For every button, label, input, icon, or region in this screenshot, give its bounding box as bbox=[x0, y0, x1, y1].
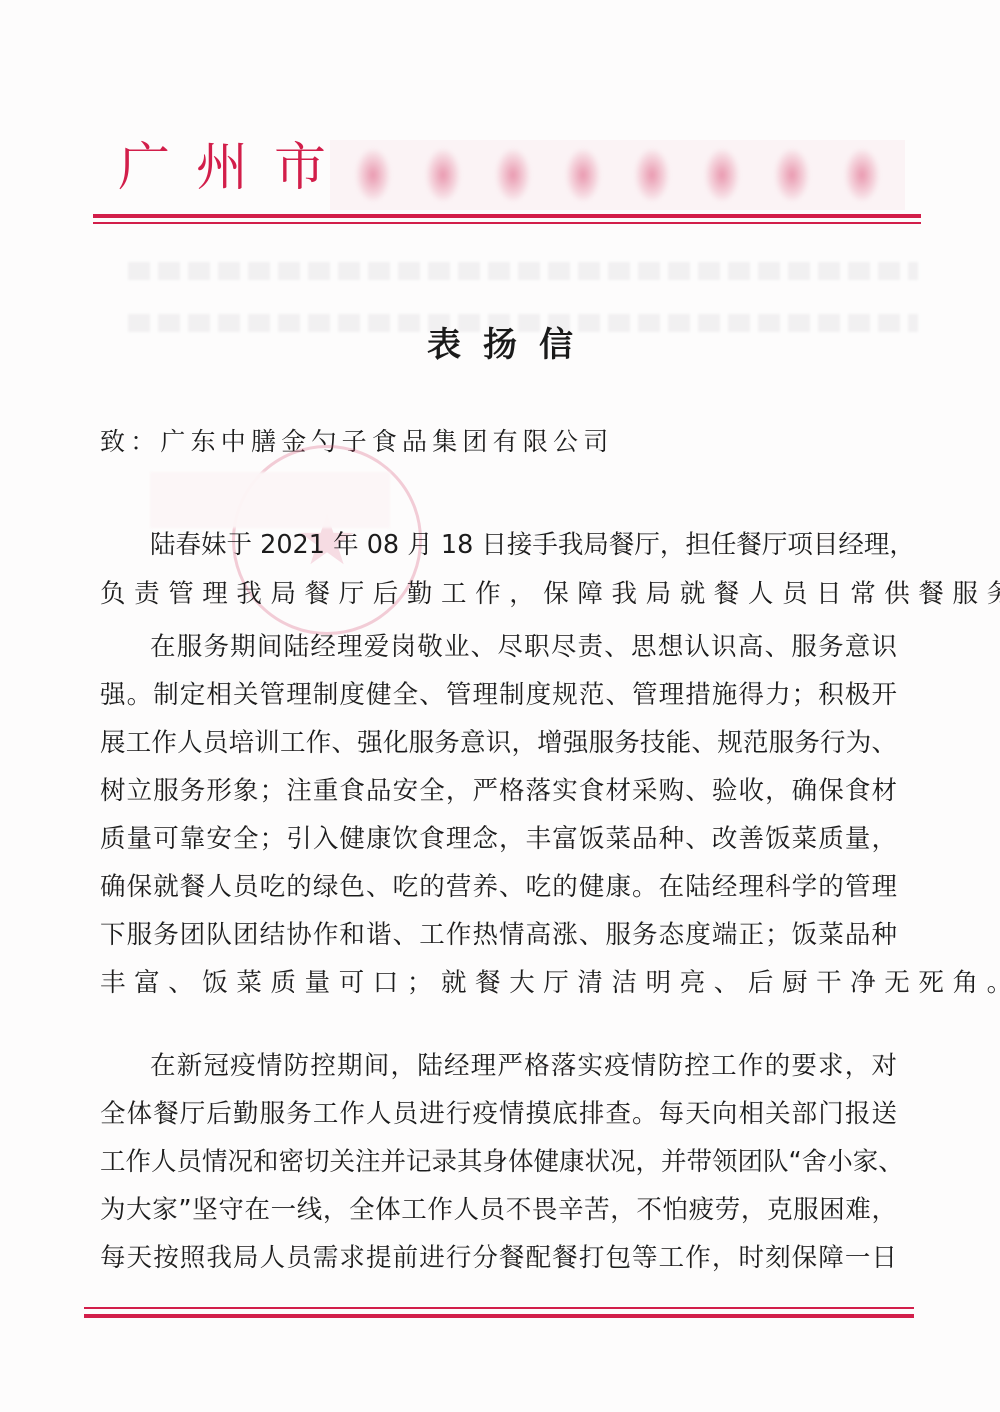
body-line: 下服务团队团结协作和谐、工作热情高涨、服务态度端正；饭菜品种 bbox=[100, 915, 897, 955]
redacted-char bbox=[356, 149, 390, 201]
redacted-char bbox=[635, 149, 669, 201]
letter-page: 广州市 表扬信 致：广东中膳金勺子食品集团有限公司 ★ 陆春妹于 2021 年 … bbox=[0, 0, 1000, 1412]
seal-redacted-area bbox=[150, 472, 390, 528]
footer-rule-thin bbox=[84, 1307, 914, 1309]
letterhead-city: 广州市 bbox=[118, 138, 352, 198]
body-line: 为大家”坚守在一线，全体工作人员不畏辛苦，不怕疲劳，克服困难， bbox=[100, 1190, 897, 1230]
body-line: 在服务期间陆经理爱岗敬业、尽职尽责、思想认识高、服务意识 bbox=[150, 627, 897, 667]
body-line: 负责管理我局餐厅后勤工作，保障我局就餐人员日常供餐服务。 bbox=[100, 574, 897, 614]
body-line: 每天按照我局人员需求提前进行分餐配餐打包等工作，时刻保障一日 bbox=[100, 1238, 897, 1278]
letterhead-rule-thick bbox=[93, 214, 921, 218]
redacted-char bbox=[566, 149, 600, 201]
body-line: 强。制定相关管理制度健全、管理制度规范、管理措施得力；积极开 bbox=[100, 675, 897, 715]
body-line: 在新冠疫情防控期间，陆经理严格落实疫情防控工作的要求，对 bbox=[150, 1046, 897, 1086]
bleed-through-text bbox=[128, 262, 918, 280]
body-line: 丰富、饭菜质量可口；就餐大厅清洁明亮、后厨干净无死角。 bbox=[100, 963, 897, 1003]
body-line: 树立服务形象；注重食品安全，严格落实食材采购、验收，确保食材 bbox=[100, 771, 897, 811]
redacted-char bbox=[705, 149, 739, 201]
body-line: 展工作人员培训工作、强化服务意识，增强服务技能、规范服务行为、 bbox=[100, 723, 897, 763]
letterhead-rule-thin bbox=[93, 222, 921, 224]
letterhead-org-name-redacted bbox=[330, 140, 905, 210]
salutation: 致：广东中膳金勺子食品集团有限公司 bbox=[100, 422, 613, 462]
redacted-char bbox=[496, 149, 530, 201]
body-line: 确保就餐人员吃的绿色、吃的营养、吃的健康。在陆经理科学的管理 bbox=[100, 867, 897, 907]
footer-rule-thick bbox=[84, 1314, 914, 1318]
body-line: 工作人员情况和密切关注并记录其身体健康状况，并带领团队“舍小家、 bbox=[100, 1142, 897, 1182]
redacted-char bbox=[775, 149, 809, 201]
body-line: 陆春妹于 2021 年 08 月 18 日接手我局餐厅，担任餐厅项目经理， bbox=[150, 525, 897, 565]
redacted-char bbox=[845, 149, 879, 201]
redacted-char bbox=[426, 149, 460, 201]
body-line: 全体餐厅后勤服务工作人员进行疫情摸底排查。每天向相关部门报送 bbox=[100, 1094, 897, 1134]
body-line: 质量可靠安全；引入健康饮食理念，丰富饭菜品种、改善饭菜质量， bbox=[100, 819, 897, 859]
letterhead: 广州市 bbox=[118, 138, 352, 198]
document-title: 表扬信 bbox=[0, 322, 1000, 368]
